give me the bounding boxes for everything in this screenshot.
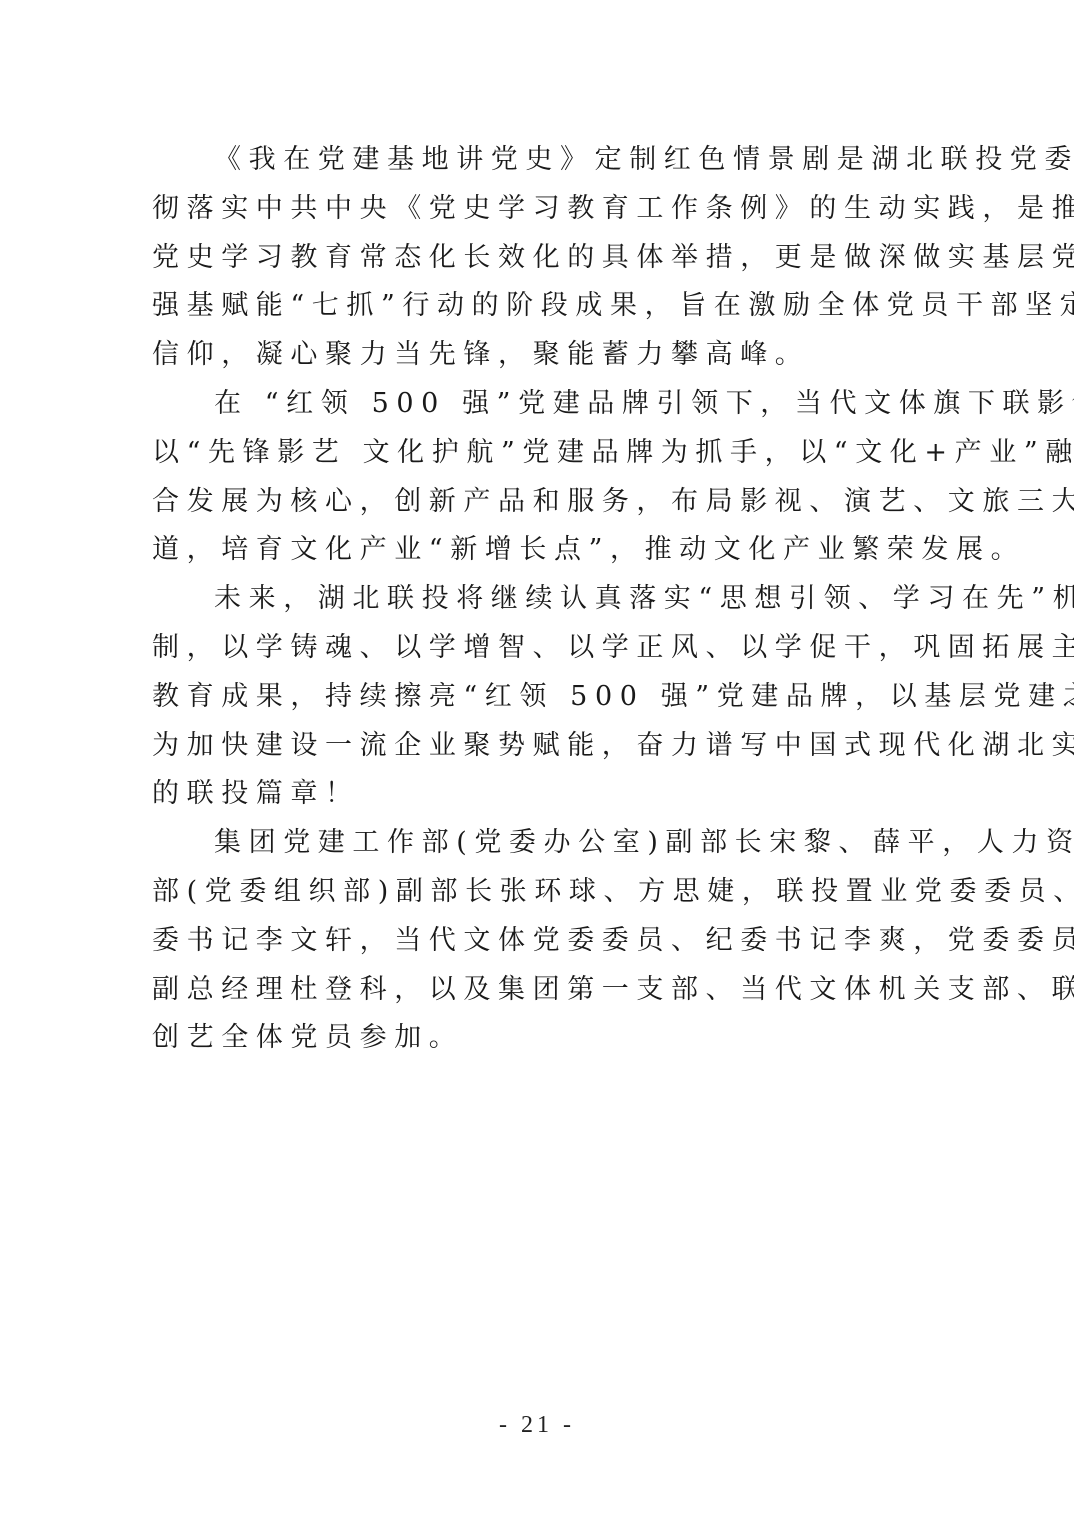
text-line: 《我在党建基地讲党史》定制红色情景剧是湖北联投党委贯	[152, 136, 932, 185]
text-line: 副总经理杜登科，以及集团第一支部、当代文体机关支部、联影	[152, 966, 932, 1015]
text-line: 合发展为核心，创新产品和服务，布局影视、演艺、文旅三大赛	[152, 478, 932, 527]
paragraph-2: 在 “红领 500 强”党建品牌引领下，当代文体旗下联影创艺 以“先锋影艺 文化…	[152, 380, 932, 575]
document-body: 《我在党建基地讲党史》定制红色情景剧是湖北联投党委贯 彻落实中共中央《党史学习教…	[152, 136, 932, 1063]
text-line: 集团党建工作部(党委办公室)副部长宋黎、薛平，人力资源	[152, 819, 932, 868]
text-line: 彻落实中共中央《党史学习教育工作条例》的生动实践，是推动	[152, 185, 932, 234]
text-line: 未来，湖北联投将继续认真落实“思想引领、学习在先”机	[152, 575, 932, 624]
text-line: 党史学习教育常态化长效化的具体举措，更是做深做实基层党建	[152, 234, 932, 283]
text-line: 以“先锋影艺 文化护航”党建品牌为抓手，以“文化+产业”融	[152, 429, 932, 478]
text-line: 的联投篇章！	[152, 770, 932, 819]
text-line: 制，以学铸魂、以学增智、以学正风、以学促干，巩固拓展主题	[152, 624, 932, 673]
text-line: 信仰，凝心聚力当先锋，聚能蓄力攀高峰。	[152, 331, 932, 380]
paragraph-1: 《我在党建基地讲党史》定制红色情景剧是湖北联投党委贯 彻落实中共中央《党史学习教…	[152, 136, 932, 380]
page-number: - 21 -	[0, 1412, 1074, 1439]
paragraph-4: 集团党建工作部(党委办公室)副部长宋黎、薛平，人力资源 部(党委组织部)副部长张…	[152, 819, 932, 1063]
text-line: 委书记李文轩，当代文体党委委员、纪委书记李爽，党委委员、	[152, 917, 932, 966]
paragraph-3: 未来，湖北联投将继续认真落实“思想引领、学习在先”机 制，以学铸魂、以学增智、以…	[152, 575, 932, 819]
text-line: 强基赋能“七抓”行动的阶段成果，旨在激励全体党员干部坚定	[152, 282, 932, 331]
document-page: 《我在党建基地讲党史》定制红色情景剧是湖北联投党委贯 彻落实中共中央《党史学习教…	[0, 0, 1074, 1520]
text-line: 部(党委组织部)副部长张环球、方思婕，联投置业党委委员、纪	[152, 868, 932, 917]
text-line: 为加快建设一流企业聚势赋能，奋力谱写中国式现代化湖北实践	[152, 722, 932, 771]
text-line: 在 “红领 500 强”党建品牌引领下，当代文体旗下联影创艺	[152, 380, 932, 429]
text-line: 道，培育文化产业“新增长点”，推动文化产业繁荣发展。	[152, 526, 932, 575]
text-line: 教育成果，持续擦亮“红领 500 强”党建品牌，以基层党建之力	[152, 673, 932, 722]
text-line: 创艺全体党员参加。	[152, 1014, 932, 1063]
